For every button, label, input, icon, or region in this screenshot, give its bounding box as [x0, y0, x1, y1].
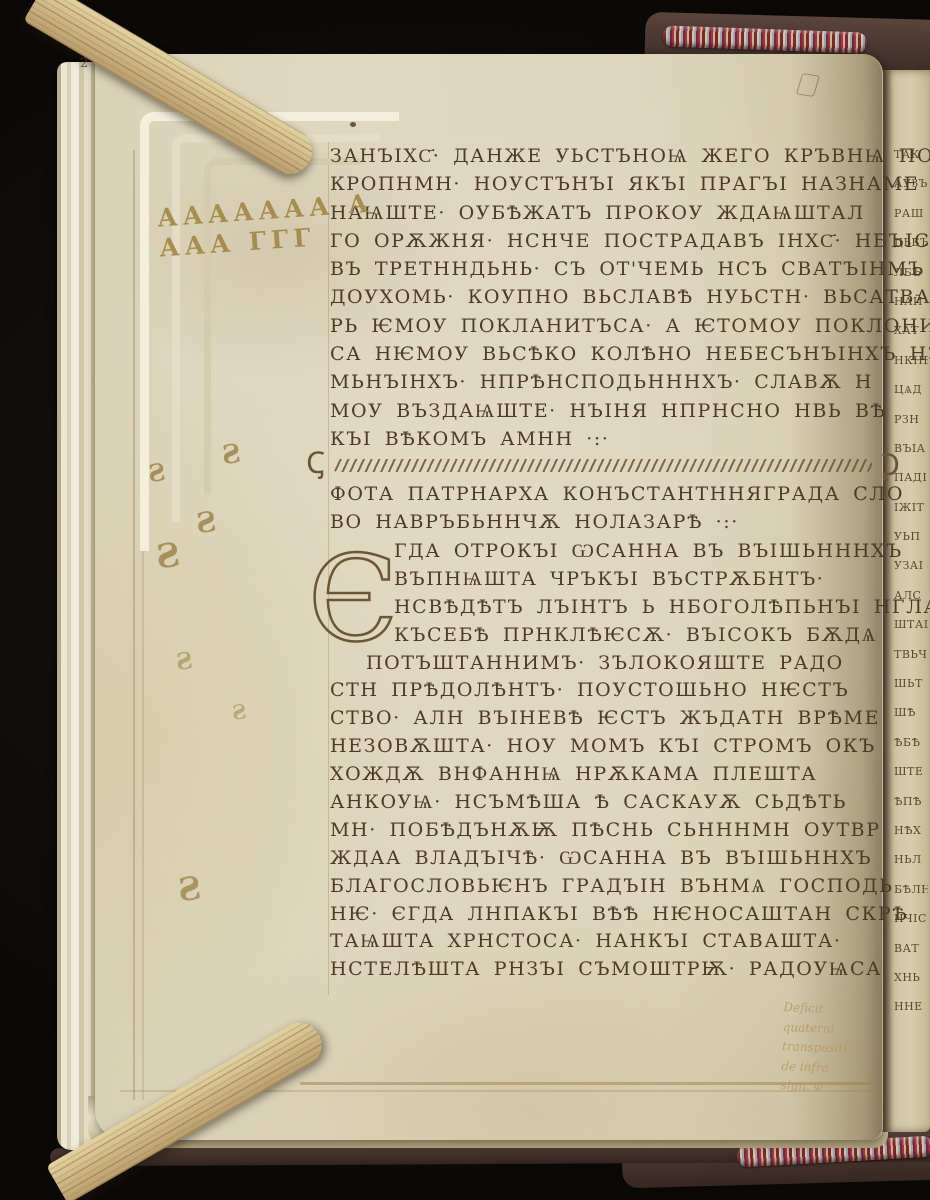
text-paragraph-1: ЗАНЪІХС҃· ДАНЖЕ УЬСТЪНОѨ ЖЕГО КРЪВНѨ ПОК…	[330, 142, 882, 453]
text-fragment: ІЖІТ	[894, 501, 928, 530]
facing-page-text-fragments: ТАКАУЗЪРАШДЬБЪЛБЪНАЙХАТНКНЕЦѦДРЗНВЪІАПАД…	[894, 148, 928, 1030]
text-line: РЬ ѤМОУ ПОКЛАНИТЪСА· А ѤТОМОУ ПОКЛОНИТЪ	[330, 312, 882, 340]
text-fragment: ШѢ	[894, 706, 928, 735]
text-line: ЖДАА ВЛАДЪІЧѢ· ѠСАННА ВЪ ВЪІШЬННХЪ	[330, 845, 882, 873]
text-fragment: ВАТ	[894, 942, 928, 971]
divider-flourish-left: Ꞔ	[306, 448, 332, 482]
latin-note-line: sign. Φ ·	[780, 1076, 891, 1099]
text-fragment: ХНЬ	[894, 971, 928, 1000]
text-line: НАѨШТЕ· ОУБѢЖАТЪ ПРОКОУ ЖДАѨШТАЛ	[330, 199, 882, 227]
text-paragraph-2: ГДА ОТРОКЪІ ѠСАННА ВЪ ВЪІШЬНННХЪВЪПНѨШТА…	[330, 538, 882, 984]
text-fragment: ТВЬЧ	[894, 648, 928, 677]
text-line: НСВѢДѢТЪ ЛЪІНТЪ Ь НБОГОЛѢПЬНЪІ НГЛАСЪ	[330, 594, 882, 622]
text-fragment: ѢПѢ	[894, 795, 928, 824]
margin-doodle-s: Ѕ	[222, 440, 241, 470]
text-line: ВЪ ТРЕТННДЬНЬ· СЪ ОТ'ЧЕМЬ НСЪ СВАТЪІНМЪ	[330, 255, 882, 283]
margin-doodle-s: Ѕ	[196, 506, 216, 539]
text-line: КРОПНМН· НОУСТЪНЪІ ЯКЪІ ПРАГЪІ НАЗНАМЕ	[330, 170, 882, 198]
text-fragment: ШТЕ	[894, 765, 928, 794]
rope-divider	[332, 459, 872, 472]
text-line: ЗАНЪІХС҃· ДАНЖЕ УЬСТЪНОѨ ЖЕГО КРЪВНѨ ПО	[330, 142, 882, 170]
text-line: НСТЕЛѢШТА РНЗЪІ СЪМОШТРѬ· РАДОУѨСА	[330, 956, 882, 984]
under-leaf-edge-1	[133, 150, 135, 1100]
text-line: МН· ПОБѢДЪНѪѬ ПѢСНЬ СЬНННМН ОУТВР	[330, 817, 882, 845]
text-fragment: ННЕ	[894, 1000, 928, 1029]
margin-doodle-s: Ѕ	[178, 870, 201, 908]
text-line: СА НѤМОУ ВЬСѢКО КОЛѢНО НЕБЕСЪНЪІНХЪ НЗЕ	[330, 340, 882, 368]
text-fragment: РЗН	[894, 413, 928, 442]
margin-doodle-s: Ѕ	[156, 536, 180, 575]
latin-librarian-note: Deficitquaternitranspositide infrasign. …	[780, 998, 893, 1099]
text-fragment: ШТАІ	[894, 618, 928, 647]
divider-flourish-right: Ꞔ	[874, 450, 900, 484]
text-fragment: НЬЛ	[894, 853, 928, 882]
text-line: СТВО· АЛН ВЪІНЕВѢ ѤСТЪ ЖЪДАТН ВРѢМЕ	[330, 705, 882, 733]
margin-doodle-s: Ѕ	[232, 700, 246, 724]
text-line: КЪІ ВѢКОМЪ АМНН ·:·	[330, 425, 882, 453]
text-line: ГДА ОТРОКЪІ ѠСАННА ВЪ ВЪІШЬНННХЪ	[330, 538, 882, 566]
text-fragment: НѢХ	[894, 824, 928, 853]
text-line: ТАѨШТА ХРНСТОСА· НАНКЪІ СТАВАШТА·	[330, 928, 882, 956]
text-fragment: ШЬТ	[894, 677, 928, 706]
margin-doodle-s: Ѕ	[176, 648, 193, 675]
text-line: НѤ· ЄГДА ЛНПАКЪІ ВѢѢ НѤНОСАШТАН СКРѢ	[330, 901, 882, 929]
text-fragment: ЦѦД	[894, 383, 928, 412]
heading-line: ФОТА ПАТРНАРХА КОНЪСТАНТННЯГРАДА СЛО	[330, 480, 882, 508]
text-line: НЕЗОВѪШТА· НОУ МОМЪ КЪІ СТРОМЪ ОКЪ	[330, 733, 882, 761]
text-line: ВЪПНѨШТА ЧРЪКЪІ ВЪСТРѪБНТЪ·	[330, 566, 882, 594]
text-line: ГО ОРѪЖНЯ· НСНЧЕ ПОСТРАДАВЪ ІНХС҃· НБЪІС…	[330, 227, 882, 255]
ink-dot	[350, 122, 356, 127]
margin-doodle-s: Ѕ	[148, 458, 165, 487]
text-line: БЛАГОСЛОВЬѤНЪ ГРАДЪІН ВЪНМѦ ГОСПОДЬ	[330, 873, 882, 901]
heading-line: ВО НАВРЪБЬННЧѪ НОЛАЗАРѢ ·:·	[330, 508, 882, 536]
text-line: МЬНЪІНХЪ· НПРѢНСПОДЬНННХЪ· СЛАВѪ Н	[330, 368, 882, 396]
text-line: СТН ПРѢДОЛѢНТЪ· ПОУСТОШЬНО НѤСТЪ	[330, 677, 882, 705]
sermon-heading: ФОТА ПАТРНАРХА КОНЪСТАНТННЯГРАДА СЛОВО Н…	[330, 480, 882, 536]
text-line: ПОТЪШТАННИМЪ· ЗЪЛОКОЯШТЕ РАДО	[330, 650, 882, 678]
text-line: АНКОУѨ· НСЪМѢША Ѣ САСКАУѪ СЬДѢТЬ	[330, 789, 882, 817]
page-stack-fore-edge-left	[57, 62, 97, 1150]
text-line: ХОЖДѪ ВНФАННѨ НРѪКАМА ПЛЕШТА	[330, 761, 882, 789]
text-line: МОУ ВЪЗДАѨШТЕ· НЪІНЯ НПРНСНО НВЬ ВѢ	[330, 397, 882, 425]
text-fragment: ѢБѢ	[894, 736, 928, 765]
text-line: ДОУХОМЬ· КОУПНО ВЬСЛАВѢ НУЬСТН· ВЬСАТВА	[330, 283, 882, 311]
text-line: КЪСЕБѢ ПРНКЛѢѤСѪ· ВЪІСОКЪ БѪДѦ	[330, 622, 882, 650]
